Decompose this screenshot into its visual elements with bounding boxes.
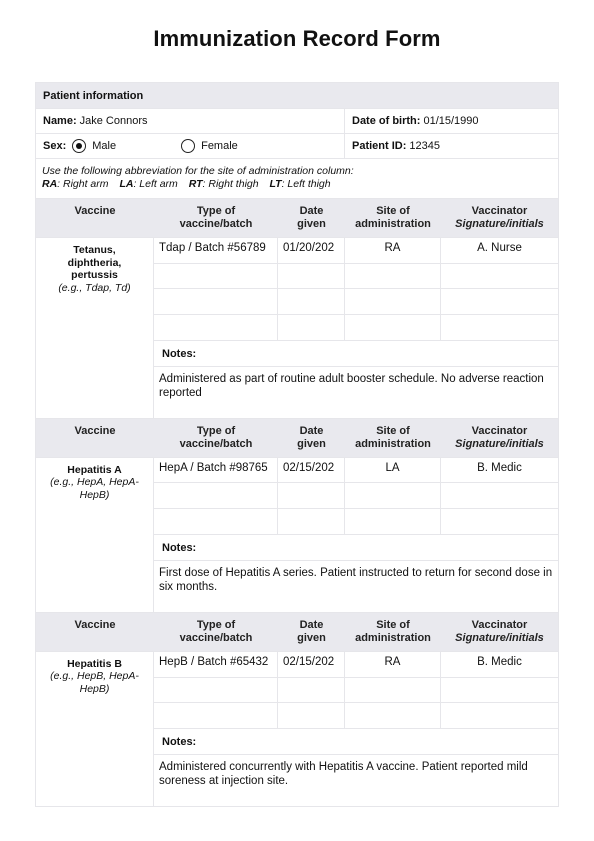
type-batch-cell[interactable]: Tdap / Batch #56789	[154, 238, 278, 263]
abbr-meaning: : Left thigh	[282, 178, 331, 190]
site-cell[interactable]	[345, 509, 441, 534]
col-site: Site ofadministration	[345, 419, 441, 457]
vaccinator-cell[interactable]: A. Nurse	[441, 238, 558, 263]
type-batch-cell[interactable]	[154, 509, 278, 534]
dob-value: 01/15/1990	[423, 115, 478, 128]
type-batch-cell[interactable]: HepB / Batch #65432	[154, 652, 278, 677]
sex-label: Sex:	[43, 140, 66, 153]
vaccine-name-cell: Tetanus, diphtheria, pertussis (e.g., Td…	[36, 238, 154, 418]
abbr-code: LT	[270, 178, 282, 190]
abbr-meaning: : Right thigh	[203, 178, 259, 190]
vaccine-section-3: Vaccine Type ofvaccine/batch Dategiven S…	[36, 612, 558, 806]
vaccine-table-header: Vaccine Type ofvaccine/batch Dategiven S…	[36, 419, 558, 458]
patient-id-label: Patient ID:	[352, 140, 406, 153]
col-vaccinator: VaccinatorSignature/initials	[441, 613, 558, 651]
type-batch-cell[interactable]	[154, 315, 278, 340]
vaccine-name-cell: Hepatitis A (e.g., HepA, HepA-HepB)	[36, 458, 154, 612]
table-row: HepB / Batch #6543202/15/202RAB. Medic	[154, 652, 558, 678]
date-given-cell[interactable]	[278, 264, 345, 289]
patient-info-header: Patient information	[36, 83, 558, 109]
col-vaccinator: VaccinatorSignature/initials	[441, 199, 558, 237]
vaccine-body: Hepatitis B (e.g., HepB, HepA-HepB) HepB…	[36, 652, 558, 806]
table-row	[154, 483, 558, 509]
col-type-batch: Type ofvaccine/batch	[154, 199, 278, 237]
site-cell[interactable]	[345, 264, 441, 289]
vaccinator-cell[interactable]	[441, 509, 558, 534]
type-batch-cell[interactable]: HepA / Batch #98765	[154, 458, 278, 483]
vaccine-name: Hepatitis A	[36, 464, 153, 477]
col-type-batch: Type ofvaccine/batch	[154, 613, 278, 651]
col-date-given: Dategiven	[278, 613, 345, 651]
vaccine-section-1: Vaccine Type ofvaccine/batch Dategiven S…	[36, 199, 558, 418]
table-row	[154, 315, 558, 341]
vaccine-body: Hepatitis A (e.g., HepA, HepA-HepB) HepA…	[36, 458, 558, 612]
table-row: HepA / Batch #9876502/15/202LAB. Medic	[154, 458, 558, 484]
site-cell[interactable]	[345, 289, 441, 314]
female-label: Female	[201, 140, 238, 153]
patient-id-value: 12345	[409, 140, 440, 153]
sex-option-male[interactable]: Male	[69, 139, 116, 153]
type-batch-cell[interactable]	[154, 703, 278, 728]
vaccine-example: (e.g., Tdap, Td)	[36, 282, 153, 295]
vaccine-name-cell: Hepatitis B (e.g., HepB, HepA-HepB)	[36, 652, 154, 806]
date-given-cell[interactable]	[278, 678, 345, 703]
vaccine-entries: HepA / Batch #9876502/15/202LAB. Medic N…	[154, 458, 558, 612]
site-cell[interactable]: RA	[345, 652, 441, 677]
date-given-cell[interactable]: 01/20/202	[278, 238, 345, 263]
table-row	[154, 509, 558, 535]
notes-label: Notes:	[154, 341, 558, 367]
site-cell[interactable]: LA	[345, 458, 441, 483]
dob-label: Date of birth:	[352, 115, 420, 128]
patient-id-field[interactable]: Patient ID: 12345	[345, 134, 558, 158]
sex-field: Sex: Male Female	[36, 134, 345, 158]
col-date-given: Dategiven	[278, 199, 345, 237]
date-given-cell[interactable]	[278, 509, 345, 534]
col-vaccine: Vaccine	[36, 613, 154, 651]
vaccinator-cell[interactable]	[441, 315, 558, 340]
col-type-batch: Type ofvaccine/batch	[154, 419, 278, 457]
name-field[interactable]: Name: Jake Connors	[36, 109, 345, 133]
vaccine-example: (e.g., HepB, HepA-HepB)	[36, 670, 153, 695]
type-batch-cell[interactable]	[154, 289, 278, 314]
col-vaccinator: VaccinatorSignature/initials	[441, 419, 558, 457]
vaccinator-cell[interactable]: B. Medic	[441, 652, 558, 677]
abbr-code: RT	[189, 178, 203, 190]
vaccine-table-header: Vaccine Type ofvaccine/batch Dategiven S…	[36, 613, 558, 652]
site-cell[interactable]	[345, 483, 441, 508]
date-given-cell[interactable]	[278, 289, 345, 314]
date-given-cell[interactable]	[278, 703, 345, 728]
vaccine-entries: HepB / Batch #6543202/15/202RAB. Medic N…	[154, 652, 558, 806]
vaccinator-cell[interactable]	[441, 289, 558, 314]
patient-row-1: Name: Jake Connors Date of birth: 01/15/…	[36, 109, 558, 134]
vaccinator-cell[interactable]	[441, 678, 558, 703]
page-title: Immunization Record Form	[0, 26, 594, 52]
table-row: Tdap / Batch #5678901/20/202RAA. Nurse	[154, 238, 558, 264]
abbreviation-legend: Use the following abbreviation for the s…	[36, 159, 558, 199]
sex-option-female[interactable]: Female	[178, 139, 238, 153]
patient-row-2: Sex: Male Female Patient ID: 12345	[36, 134, 558, 159]
vaccine-example: (e.g., HepA, HepA-HepB)	[36, 476, 153, 501]
name-value: Jake Connors	[80, 115, 148, 128]
table-row	[154, 678, 558, 704]
col-site: Site ofadministration	[345, 613, 441, 651]
vaccine-table-header: Vaccine Type ofvaccine/batch Dategiven S…	[36, 199, 558, 238]
vaccinator-cell[interactable]	[441, 264, 558, 289]
notes-field[interactable]: Administered as part of routine adult bo…	[154, 367, 558, 418]
radio-male[interactable]	[72, 139, 86, 153]
site-cell[interactable]	[345, 703, 441, 728]
vaccine-sections: Vaccine Type ofvaccine/batch Dategiven S…	[36, 199, 558, 806]
table-row	[154, 289, 558, 315]
dob-field[interactable]: Date of birth: 01/15/1990	[345, 109, 558, 133]
table-row	[154, 264, 558, 290]
vaccinator-cell[interactable]	[441, 703, 558, 728]
vaccinator-cell[interactable]: B. Medic	[441, 458, 558, 483]
date-given-cell[interactable]: 02/15/202	[278, 652, 345, 677]
date-given-cell[interactable]	[278, 483, 345, 508]
vaccine-name: Hepatitis B	[36, 658, 153, 671]
col-site: Site ofadministration	[345, 199, 441, 237]
name-label: Name:	[43, 115, 77, 128]
site-cell[interactable]: RA	[345, 238, 441, 263]
notes-label: Notes:	[154, 729, 558, 755]
notes-label: Notes:	[154, 535, 558, 561]
abbr-meaning: : Left arm	[133, 178, 177, 190]
abbreviation-list: RA: Right arm LA: Left arm RT: Right thi…	[42, 178, 354, 191]
type-batch-cell[interactable]	[154, 483, 278, 508]
type-batch-cell[interactable]	[154, 264, 278, 289]
col-vaccine: Vaccine	[36, 419, 154, 457]
radio-female[interactable]	[181, 139, 195, 153]
date-given-cell[interactable]: 02/15/202	[278, 458, 345, 483]
notes-field[interactable]: Administered concurrently with Hepatitis…	[154, 755, 558, 806]
type-batch-cell[interactable]	[154, 678, 278, 703]
vaccine-entries: Tdap / Batch #5678901/20/202RAA. Nurse N…	[154, 238, 558, 418]
vaccine-name: Tetanus, diphtheria, pertussis	[36, 244, 153, 282]
col-vaccine: Vaccine	[36, 199, 154, 237]
vaccinator-cell[interactable]	[441, 483, 558, 508]
abbr-code: LA	[119, 178, 133, 190]
site-cell[interactable]	[345, 315, 441, 340]
col-date-given: Dategiven	[278, 419, 345, 457]
immunization-form: Patient information Name: Jake Connors D…	[35, 82, 559, 807]
abbr-code: RA	[42, 178, 57, 190]
abbreviation-intro: Use the following abbreviation for the s…	[42, 165, 354, 178]
male-label: Male	[92, 140, 116, 153]
vaccine-section-2: Vaccine Type ofvaccine/batch Dategiven S…	[36, 418, 558, 612]
vaccine-body: Tetanus, diphtheria, pertussis (e.g., Td…	[36, 238, 558, 418]
abbr-meaning: : Right arm	[57, 178, 108, 190]
notes-field[interactable]: First dose of Hepatitis A series. Patien…	[154, 561, 558, 612]
date-given-cell[interactable]	[278, 315, 345, 340]
table-row	[154, 703, 558, 729]
site-cell[interactable]	[345, 678, 441, 703]
